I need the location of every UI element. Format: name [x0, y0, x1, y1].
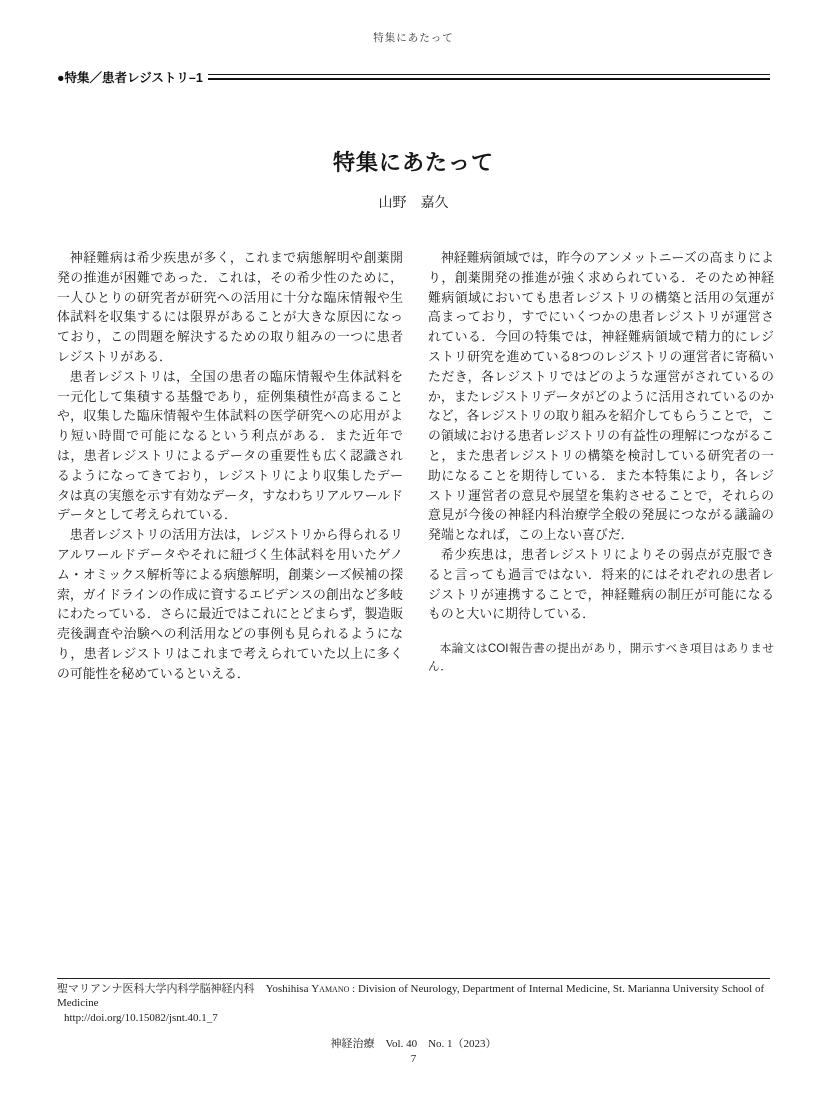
paragraph: 神経難病は希少疾患が多く，これまで病態解明や創薬開発の推進が困難であった．これは… [57, 249, 403, 368]
affiliation: 聖マリアンナ医科大学内科学脳神経内科 Yoshihisa Yamano : Di… [57, 983, 770, 1011]
coi-statement: 本論文はCOI報告書の提出があり，開示すべき項目はありません． [428, 640, 774, 676]
article-author: 山野 嘉久 [0, 192, 827, 212]
journal-page: 特集にあたって ●特集／患者レジストリ–1 特集にあたって 山野 嘉久 神経難病… [0, 0, 827, 1103]
section-label: ●特集／患者レジストリ–1 [57, 68, 203, 86]
paragraph: 希少疾患は，患者レジストリによりその弱点が克服できると言っても過言ではない．将来… [428, 546, 774, 625]
affiliation-jp: 聖マリアンナ医科大学内科学脳神経内科 [57, 983, 255, 995]
body-columns: 神経難病は希少疾患が多く，これまで病態解明や創薬開発の推進が困難であった．これは… [57, 249, 774, 685]
double-rule [208, 74, 770, 80]
right-column: 神経難病領域では，昨今のアンメットニーズの高まりにより，創薬開発の推進が強く求め… [428, 249, 774, 685]
left-column: 神経難病は希少疾患が多く，これまで病態解明や創薬開発の推進が困難であった．これは… [57, 249, 403, 685]
author-en-given: Yoshihisa [266, 983, 312, 995]
paragraph: 患者レジストリの活用方法は，レジストリから得られるリアルワールドデータやそれに紐… [57, 526, 403, 684]
paragraph: 神経難病領域では，昨今のアンメットニーズの高まりにより，創薬開発の推進が強く求め… [428, 249, 774, 546]
journal-volume-line: 神経治療 Vol. 40 No. 1（2023） [0, 1035, 827, 1051]
running-head: 特集にあたって [0, 30, 827, 45]
footer: 聖マリアンナ医科大学内科学脳神経内科 Yoshihisa Yamano : Di… [57, 978, 770, 1025]
section-header: ●特集／患者レジストリ–1 [57, 68, 770, 86]
page-number: 7 [0, 1053, 827, 1065]
author-en-family: Yamano [311, 983, 349, 995]
article-title: 特集にあたって [0, 146, 827, 177]
doi-link: http://doi.org/10.15082/jsnt.40.1_7 [57, 1012, 770, 1026]
paragraph: 患者レジストリは，全国の患者の臨床情報や生体試料を一元化して集積する基盤であり，… [57, 368, 403, 526]
